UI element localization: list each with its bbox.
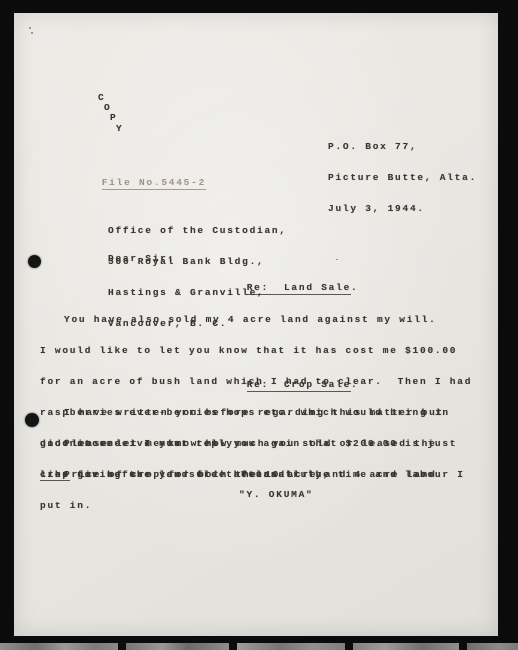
copy-stamp-letter: Y	[116, 124, 123, 134]
body-line: I have written you before regarding this…	[40, 408, 444, 418]
scan-speck	[31, 32, 33, 34]
film-edge-block	[353, 643, 459, 650]
copy-stamp-letter: P	[110, 113, 117, 123]
film-edge-gap	[229, 643, 237, 650]
punch-hole	[28, 255, 41, 268]
microfilm-frame: C O P Y P.O. Box 77, Picture Butte, Alta…	[0, 0, 518, 650]
punch-hole	[25, 413, 39, 427]
return-address-line: Picture Butte, Alta.	[328, 173, 477, 183]
film-edge-strip	[0, 643, 518, 650]
film-edge-gap	[459, 643, 467, 650]
body-line: You have also sold my 4 acre land agains…	[40, 315, 472, 325]
salutation: Dear Sir:	[108, 254, 175, 264]
letter-date: July 3, 1944.	[328, 204, 477, 214]
heading-period: .	[351, 282, 358, 293]
heading-land-sale-text: Re: Land Sale	[247, 282, 351, 295]
letter-page: C O P Y P.O. Box 77, Picture Butte, Alta…	[14, 13, 498, 636]
signature: "Y. OKUMA"	[239, 490, 314, 500]
body-line: I would like to let you know that it has…	[40, 346, 472, 356]
film-edge-gap	[118, 643, 126, 650]
body-line: put in.	[40, 501, 472, 511]
inside-address-line: Office of the Custodian,	[108, 226, 287, 236]
scan-speck	[336, 259, 338, 260]
film-edge-block	[467, 643, 518, 650]
film-edge-block	[0, 643, 118, 650]
file-number: File No.5445-2	[57, 168, 206, 199]
film-edge-gap	[345, 643, 353, 650]
film-edge-block	[237, 643, 345, 650]
film-edge-block	[126, 643, 229, 650]
file-number-text: File No.5445-2	[102, 177, 206, 190]
return-address: P.O. Box 77, Picture Butte, Alta. July 3…	[328, 121, 477, 235]
closing: Yours truly,	[241, 470, 330, 480]
return-address-line: P.O. Box 77,	[328, 142, 477, 152]
body-line: Please let me know how much you sold or …	[40, 439, 437, 449]
scan-speck	[29, 27, 31, 29]
